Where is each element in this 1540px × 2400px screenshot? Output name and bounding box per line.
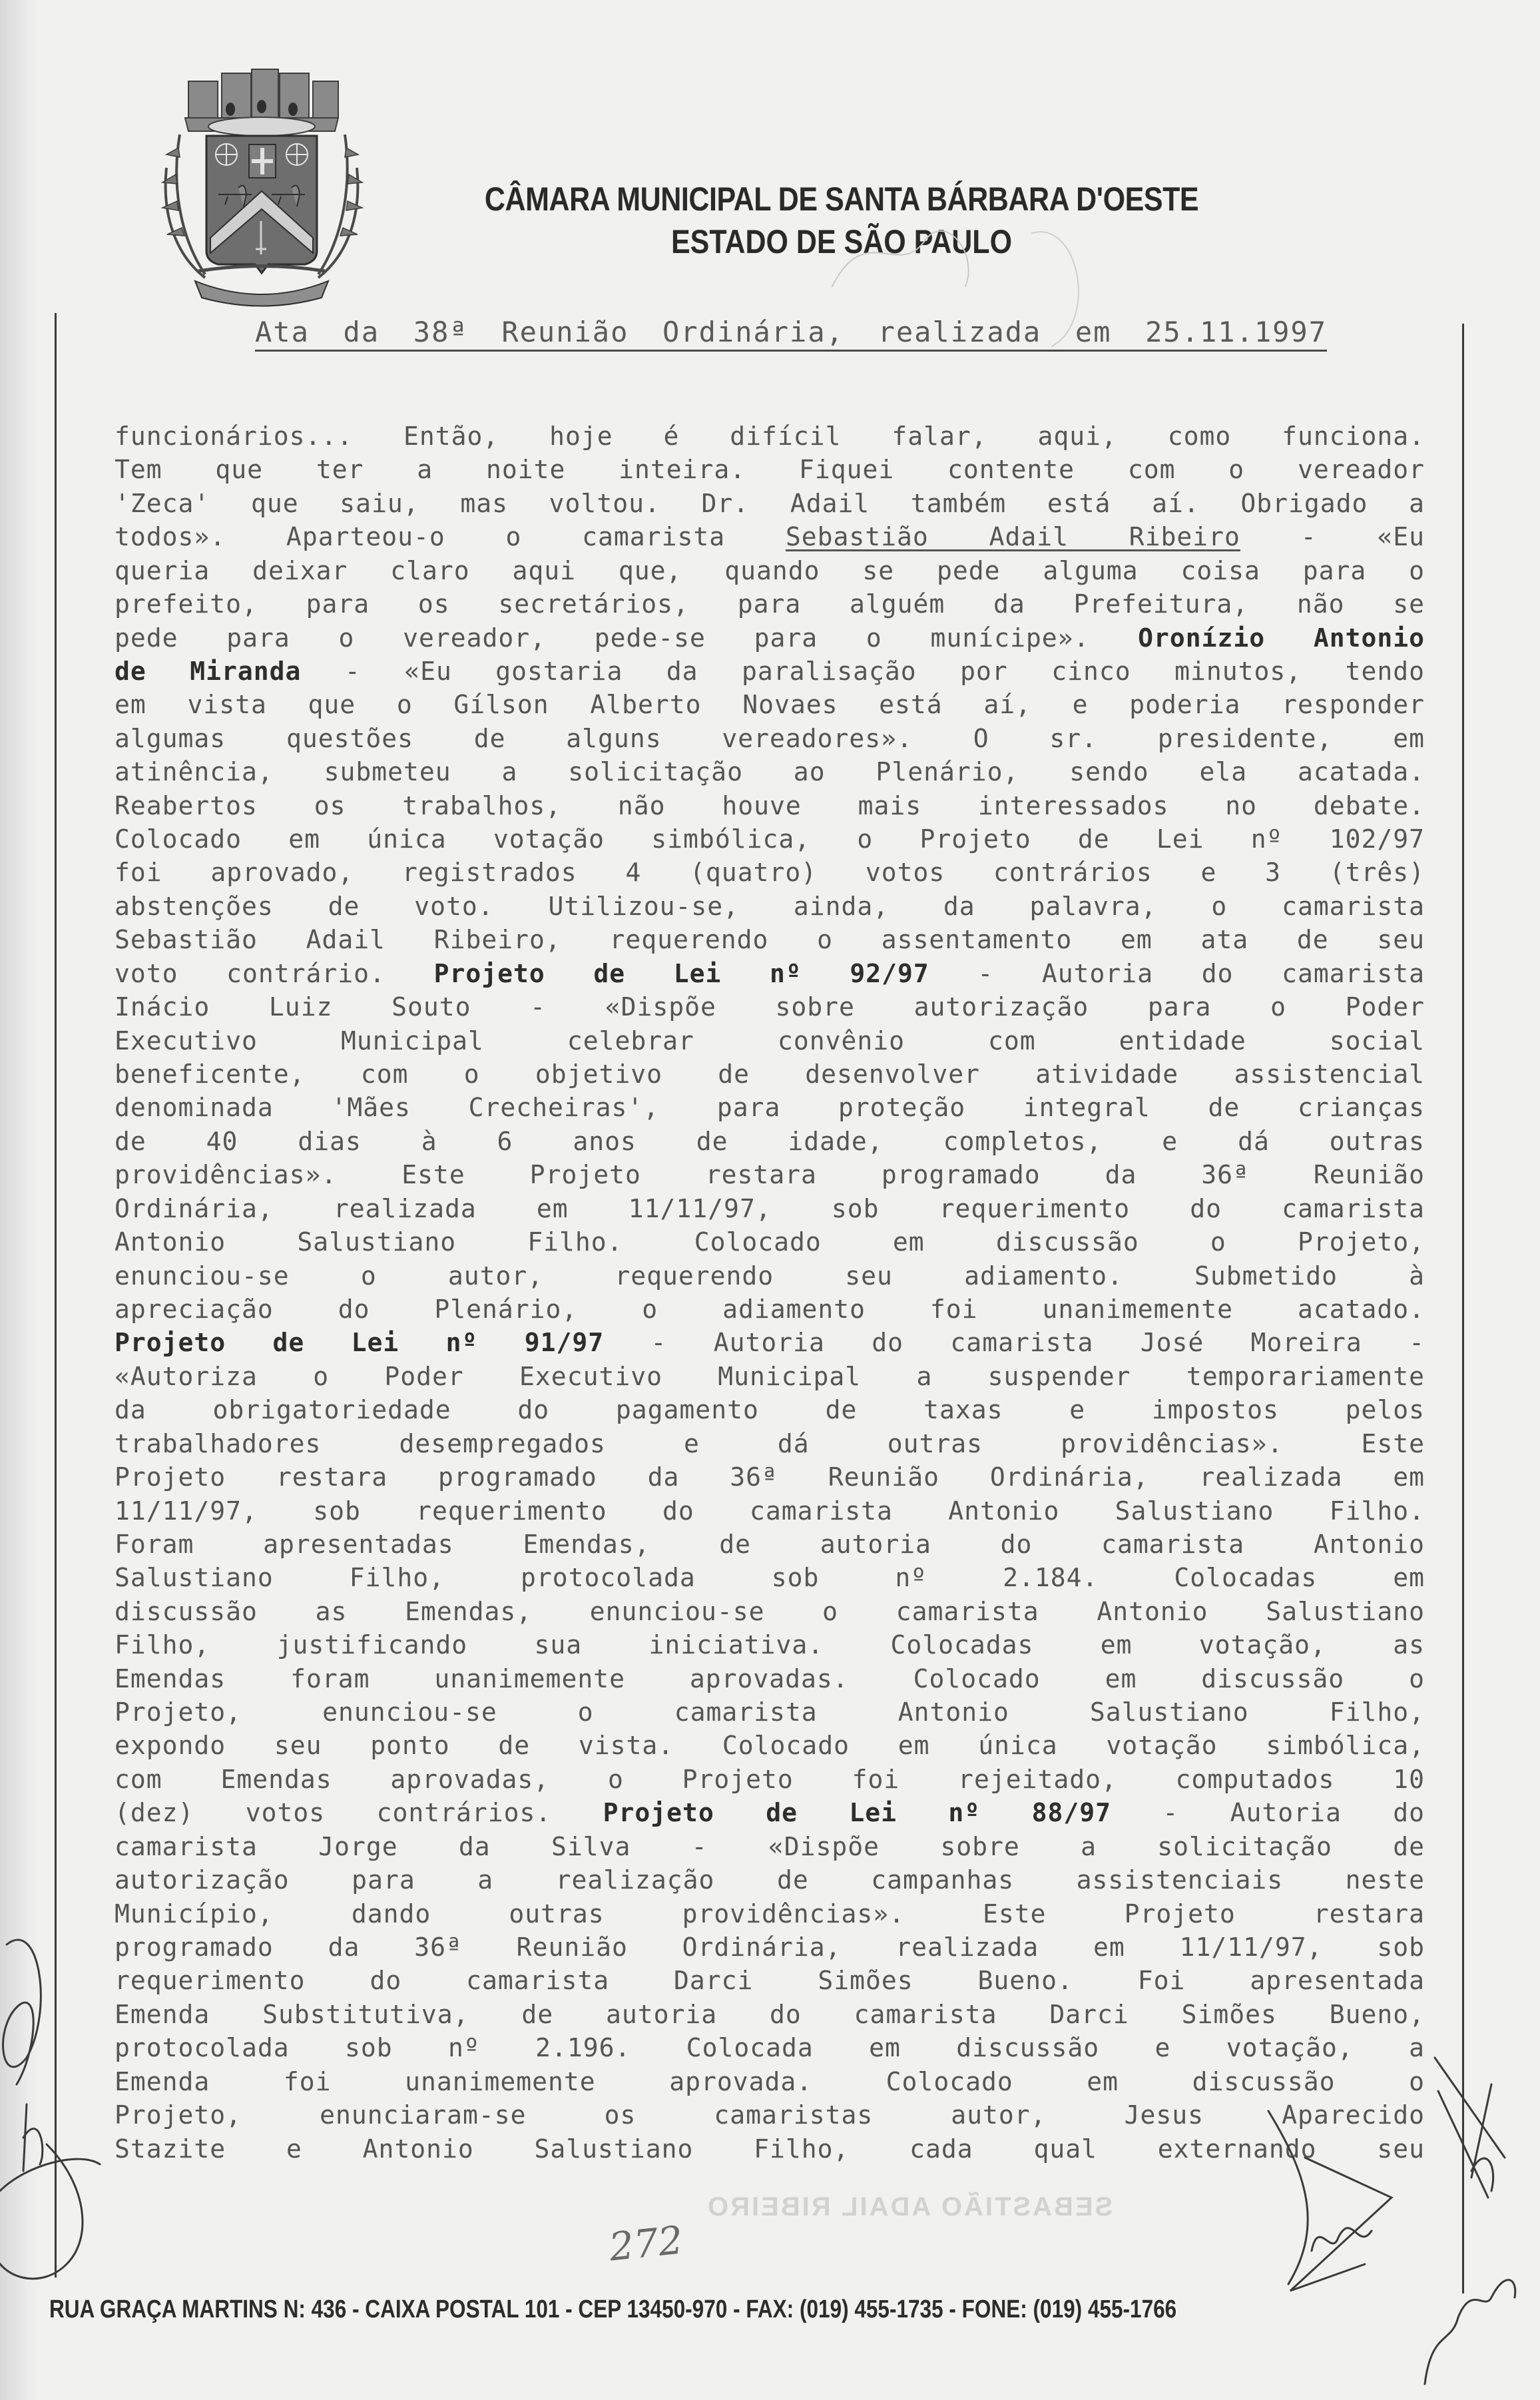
text-run: algumas questões de alguns vereadores». …	[115, 724, 1425, 753]
minutes-body: funcionários... Então, hoje é difícil fa…	[115, 420, 1425, 2166]
text-run: Emendas foram unanimemente aprovadas. Co…	[115, 1664, 1425, 1693]
text-run: 11/11/97, sob requerimento do camarista …	[115, 1496, 1425, 1526]
text-run: providências». Este Projeto restara prog…	[115, 1160, 1425, 1189]
body-line: programado da 36ª Reunião Ordinária, rea…	[115, 1931, 1425, 1964]
left-margin-rule	[55, 313, 57, 2277]
body-line: protocolada sob nº 2.196. Colocada em di…	[115, 2031, 1425, 2064]
text-run: - Autoria do camarista	[929, 959, 1425, 988]
minutes-title: Ata da 38ª Reunião Ordinária, realizada …	[255, 316, 1327, 352]
body-line: expondo seu ponto de vista. Colocado em …	[115, 1729, 1425, 1762]
text-run: Município, dando outras providências». E…	[115, 1899, 1425, 1929]
body-line: apreciação do Plenário, o adiamento foi …	[115, 1293, 1425, 1326]
body-line: Emenda Substitutiva, de autoria do camar…	[115, 1998, 1425, 2031]
text-run: expondo seu ponto de vista. Colocado em …	[115, 1731, 1425, 1760]
body-line: (dez) votos contrários. Projeto de Lei n…	[115, 1796, 1425, 1829]
bold-heading: Oronízio Antonio	[1138, 623, 1425, 653]
text-run: atinência, submeteu a solicitação ao Ple…	[115, 757, 1425, 786]
scan-edge-shadow	[0, 0, 40, 2400]
state-name: ESTADO DE SÃO PAULO	[108, 222, 1432, 261]
body-line: Foram apresentadas Emendas, de autoria d…	[115, 1528, 1425, 1561]
text-run: de 40 dias à 6 anos de idade, completos,…	[115, 1127, 1425, 1156]
body-line: Projeto de Lei nº 91/97 - Autoria do cam…	[115, 1326, 1425, 1359]
body-line: em vista que o Gílson Alberto Novaes est…	[115, 688, 1425, 721]
body-line: Sebastião Adail Ribeiro, requerendo o as…	[115, 923, 1425, 956]
text-run: Filho, justificando sua iniciativa. Colo…	[115, 1630, 1425, 1659]
text-run: - Autoria do camarista José Moreira -	[604, 1328, 1425, 1357]
body-line: trabalhadores desempregados e dá outras …	[115, 1427, 1425, 1460]
body-line: de 40 dias à 6 anos de idade, completos,…	[115, 1125, 1425, 1158]
underlined-name: Sebastião Adail Ribeiro	[786, 522, 1240, 551]
text-run: Emenda Substitutiva, de autoria do camar…	[115, 2000, 1425, 2029]
text-run: Inácio Luiz Souto - «Dispõe sobre autori…	[115, 992, 1425, 1022]
text-run: «Autoriza o Poder Executivo Municipal a …	[115, 1362, 1425, 1391]
body-line: beneficente, com o objetivo de desenvolv…	[115, 1057, 1425, 1091]
body-line: Tem que ter a noite inteira. Fiquei cont…	[115, 453, 1425, 486]
text-run: Reabertos os trabalhos, não houve mais i…	[115, 791, 1425, 820]
text-run: (dez) votos contrários.	[115, 1798, 603, 1827]
bold-heading: Projeto de Lei nº 92/97	[434, 959, 929, 988]
text-run: 'Zeca' que saiu, mas voltou. Dr. Adail t…	[115, 489, 1425, 518]
body-line: Salustiano Filho, protocolada sob nº 2.1…	[115, 1561, 1425, 1594]
text-run: foi aprovado, registrados 4 (quatro) vot…	[115, 858, 1425, 887]
text-run: Executivo Municipal celebrar convênio co…	[115, 1026, 1425, 1055]
bleed-through-stamp: SEBASTIÃO ADAIL RIBEIRO	[706, 2192, 1113, 2222]
text-run: trabalhadores desempregados e dá outras …	[115, 1429, 1425, 1458]
body-line: «Autoriza o Poder Executivo Municipal a …	[115, 1360, 1425, 1393]
text-run: abstenções de voto. Utilizou-se, ainda, …	[115, 892, 1425, 921]
bold-heading: Projeto de Lei nº 91/97	[115, 1328, 604, 1357]
text-run: todos». Aparteou-o o camarista	[115, 522, 786, 551]
body-line: todos». Aparteou-o o camarista Sebastião…	[115, 520, 1425, 553]
body-line: enunciou-se o autor, requerendo seu adia…	[115, 1259, 1425, 1293]
text-run: - «Eu	[1240, 522, 1425, 551]
right-margin-rule	[1462, 324, 1464, 2293]
body-line: algumas questões de alguns vereadores». …	[115, 722, 1425, 755]
text-run: apreciação do Plenário, o adiamento foi …	[115, 1295, 1425, 1324]
body-line: camarista Jorge da Silva - «Dispõe sobre…	[115, 1830, 1425, 1863]
body-line: requerimento do camarista Darci Simões B…	[115, 1964, 1425, 1997]
body-line: abstenções de voto. Utilizou-se, ainda, …	[115, 890, 1425, 923]
body-line: Antonio Salustiano Filho. Colocado em di…	[115, 1225, 1425, 1259]
bold-heading: de Miranda	[115, 657, 301, 686]
text-run: Projeto, enunciou-se o camarista Antonio…	[115, 1697, 1425, 1727]
body-line: Inácio Luiz Souto - «Dispõe sobre autori…	[115, 990, 1425, 1024]
body-line: Reabertos os trabalhos, não houve mais i…	[115, 789, 1425, 822]
text-run: Sebastião Adail Ribeiro, requerendo o as…	[115, 925, 1425, 954]
body-line: voto contrário. Projeto de Lei nº 92/97 …	[115, 957, 1425, 990]
text-run: queria deixar claro aqui que, quando se …	[115, 556, 1425, 585]
body-line: funcionários... Então, hoje é difícil fa…	[115, 420, 1425, 453]
text-run: Colocado em única votação simbólica, o P…	[115, 824, 1425, 854]
text-run: - «Eu gostaria da paralisação por cinco …	[301, 657, 1425, 686]
body-line: Projeto restara programado da 36ª Reuniã…	[115, 1460, 1425, 1494]
text-run: Salustiano Filho, protocolada sob nº 2.1…	[115, 1563, 1425, 1592]
text-run: protocolada sob nº 2.196. Colocada em di…	[115, 2033, 1425, 2062]
bold-heading: Projeto de Lei nº 88/97	[603, 1798, 1111, 1827]
body-line: de Miranda - «Eu gostaria da paralisação…	[115, 655, 1425, 688]
text-run: camarista Jorge da Silva - «Dispõe sobre…	[115, 1832, 1425, 1861]
text-run: Ordinária, realizada em 11/11/97, sob re…	[115, 1194, 1425, 1223]
body-line: Filho, justificando sua iniciativa. Colo…	[115, 1628, 1425, 1661]
text-run: com Emendas aprovadas, o Projeto foi rej…	[115, 1765, 1425, 1794]
institution-name: CÂMARA MUNICIPAL DE SANTA BÁRBARA D'OEST…	[108, 180, 1432, 218]
footer-address: RUA GRAÇA MARTINS N: 436 - CAIXA POSTAL …	[49, 2295, 1265, 2324]
text-run: em vista que o Gílson Alberto Novaes est…	[115, 690, 1425, 719]
text-run: pede para o vereador, pede-se para o mun…	[115, 623, 1138, 653]
body-line: 'Zeca' que saiu, mas voltou. Dr. Adail t…	[115, 487, 1425, 520]
body-line: Ordinária, realizada em 11/11/97, sob re…	[115, 1192, 1425, 1225]
body-line: Emenda foi unanimemente aprovada. Coloca…	[115, 2065, 1425, 2098]
text-run: Projeto, enunciaram-se os camaristas aut…	[115, 2100, 1425, 2130]
text-run: programado da 36ª Reunião Ordinária, rea…	[115, 1933, 1425, 1962]
text-run: prefeito, para os secretários, para algu…	[115, 589, 1425, 619]
body-line: denominada 'Mães Crecheiras', para prote…	[115, 1091, 1425, 1124]
body-line: Colocado em única votação simbólica, o P…	[115, 822, 1425, 856]
text-run: beneficente, com o objetivo de desenvolv…	[115, 1059, 1425, 1089]
text-run: enunciou-se o autor, requerendo seu adia…	[115, 1261, 1425, 1291]
body-line: atinência, submeteu a solicitação ao Ple…	[115, 755, 1425, 788]
body-line: autorização para a realização de campanh…	[115, 1863, 1425, 1897]
body-line: queria deixar claro aqui que, quando se …	[115, 554, 1425, 587]
text-run: denominada 'Mães Crecheiras', para prote…	[115, 1093, 1425, 1122]
body-line: foi aprovado, registrados 4 (quatro) vot…	[115, 856, 1425, 889]
text-run: discussão as Emendas, enunciou-se o cama…	[115, 1597, 1425, 1626]
body-line: da obrigatoriedade do pagamento de taxas…	[115, 1393, 1425, 1426]
handwritten-page-number: 272	[607, 2217, 685, 2269]
body-line: Stazite e Antonio Salustiano Filho, cada…	[115, 2132, 1425, 2166]
text-run: da obrigatoriedade do pagamento de taxas…	[115, 1395, 1425, 1424]
body-line: 11/11/97, sob requerimento do camarista …	[115, 1494, 1425, 1528]
body-line: Projeto, enunciaram-se os camaristas aut…	[115, 2098, 1425, 2132]
body-line: com Emendas aprovadas, o Projeto foi rej…	[115, 1763, 1425, 1796]
text-run: voto contrário.	[115, 959, 434, 988]
text-run: autorização para a realização de campanh…	[115, 1865, 1425, 1895]
text-run: - Autoria do	[1111, 1798, 1425, 1827]
body-line: prefeito, para os secretários, para algu…	[115, 587, 1425, 621]
text-run: Projeto restara programado da 36ª Reuniã…	[115, 1462, 1425, 1492]
text-run: Antonio Salustiano Filho. Colocado em di…	[115, 1227, 1425, 1257]
text-run: Stazite e Antonio Salustiano Filho, cada…	[115, 2134, 1425, 2164]
body-line: Município, dando outras providências». E…	[115, 1897, 1425, 1931]
body-line: Executivo Municipal celebrar convênio co…	[115, 1024, 1425, 1057]
body-line: discussão as Emendas, enunciou-se o cama…	[115, 1595, 1425, 1628]
body-line: Projeto, enunciou-se o camarista Antonio…	[115, 1695, 1425, 1729]
body-line: providências». Este Projeto restara prog…	[115, 1158, 1425, 1191]
text-run: funcionários... Então, hoje é difícil fa…	[115, 422, 1425, 451]
text-run: Foram apresentadas Emendas, de autoria d…	[115, 1530, 1425, 1559]
body-line: Emendas foram unanimemente aprovadas. Co…	[115, 1662, 1425, 1695]
text-run: Emenda foi unanimemente aprovada. Coloca…	[115, 2067, 1425, 2096]
text-run: Tem que ter a noite inteira. Fiquei cont…	[115, 455, 1425, 484]
text-run: requerimento do camarista Darci Simões B…	[115, 1966, 1425, 1995]
body-line: pede para o vereador, pede-se para o mun…	[115, 621, 1425, 655]
